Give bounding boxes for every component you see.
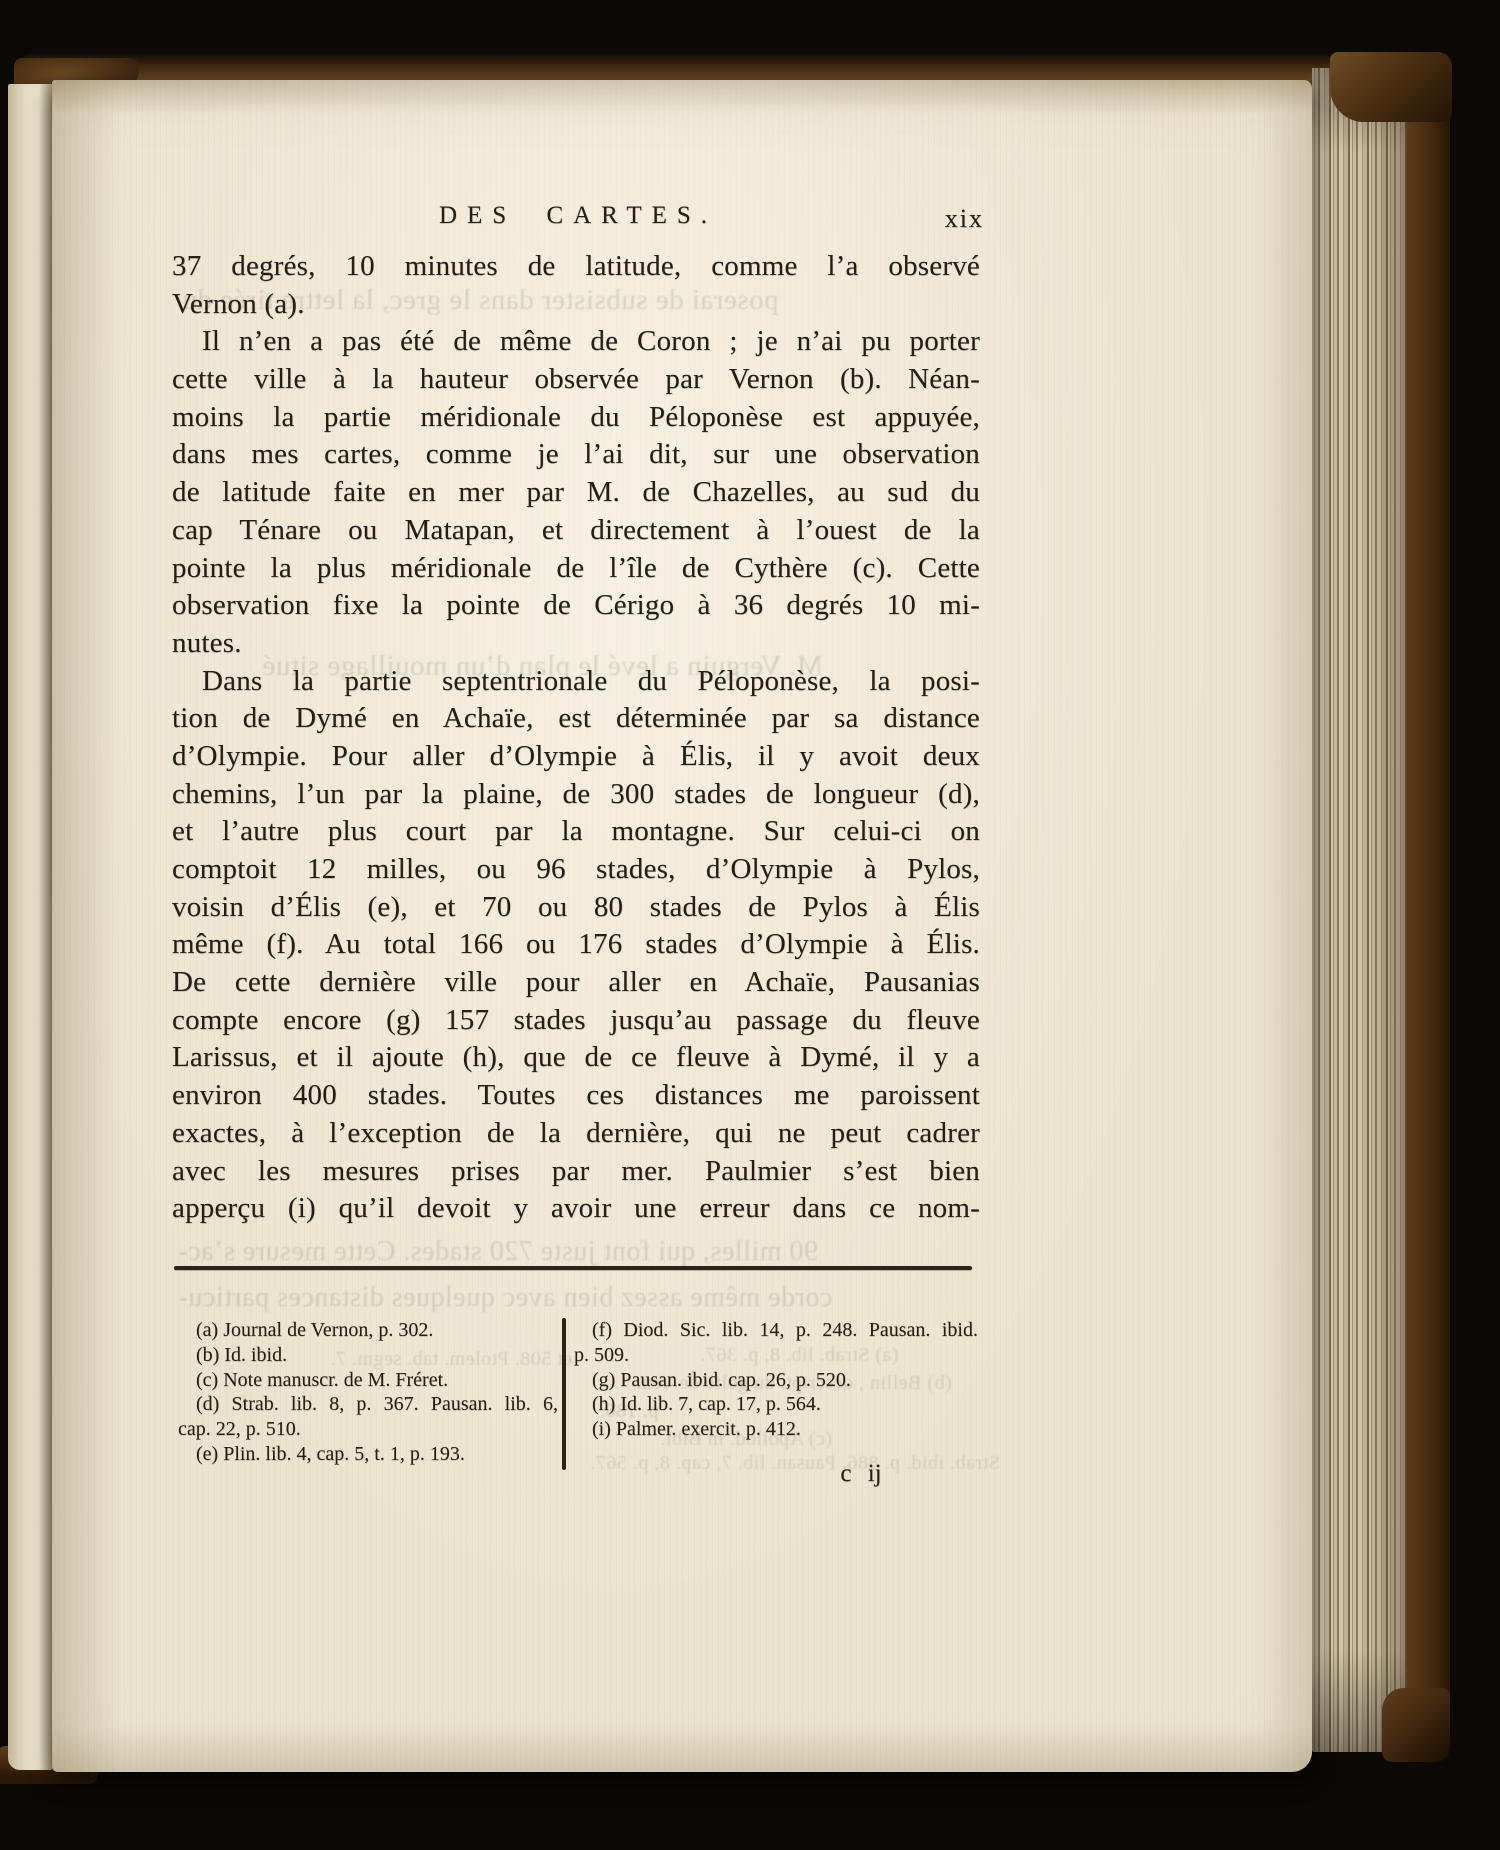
signature-mark: c ij [826,1460,896,1488]
text-line: environ 400 stades. Toutes ces distances… [172,1077,980,1115]
footnote-line: (d) Strab. lib. 8, p. 367. Pausan. lib. … [178,1392,558,1417]
footnote-line: (g) Pausan. ibid. cap. 26, p. 520. [574,1368,978,1393]
text-line: nutes. [172,625,980,663]
show-through-text: Strab. ibid. p. 886. Pausan. lib. 7, cap… [590,1452,1000,1475]
text-line: avec les mesures prises par mer. Paulmie… [172,1153,980,1191]
body-text: 37 degrés, 10 minutes de latitude, comme… [172,248,980,1228]
show-through-text: 90 milles, qui font juste 720 stades. Ce… [178,1236,818,1268]
footnote-line: (i) Palmer. exercit. p. 412. [574,1417,978,1442]
text-line: pointe la plus méridionale de l’île de C… [172,550,980,588]
page-number: xix [945,204,984,234]
footnote-separator-rule [174,1266,972,1270]
footnote-line: (f) Diod. Sic. lib. 14, p. 248. Pausan. … [574,1318,978,1343]
text-line: Il n’en a pas été de même de Coron ; je … [172,323,980,361]
footnote-line: (a) Journal de Vernon, p. 302. [178,1318,558,1343]
text-line: tion de Dymé en Achaïe, est déterminée p… [172,700,980,738]
footnote-line: (e) Plin. lib. 4, cap. 5, t. 1, p. 193. [178,1442,558,1467]
footnote-line: cap. 22, p. 510. [178,1417,558,1442]
text-line: cette ville à la hauteur observée par Ve… [172,361,980,399]
text-line: apperçu (i) qu’il devoit y avoir une err… [172,1190,980,1228]
footnotes-left-column: (a) Journal de Vernon, p. 302.(b) Id. ib… [178,1318,558,1467]
text-line: de latitude faite en mer par M. de Chaze… [172,474,980,512]
text-line: Vernon (a). [172,286,980,324]
footnote-column-rule [562,1318,566,1470]
text-line: d’Olympie. Pour aller d’Olympie à Élis, … [172,738,980,776]
text-line: moins la partie méridionale du Péloponès… [172,399,980,437]
show-through-text: corde même assez bien avec quelques dist… [178,1282,832,1314]
text-line: chemins, l’un par la plaine, de 300 stad… [172,776,980,814]
text-line: même (f). Au total 166 ou 176 stades d’O… [172,926,980,964]
text-line: Larissus, et il ajoute (h), que de ce fl… [172,1039,980,1077]
footnote-line: (b) Id. ibid. [178,1343,558,1368]
text-line: Dans la partie septentrionale du Pélopon… [172,663,980,701]
text-line: voisin d’Élis (e), et 70 ou 80 stades de… [172,889,980,927]
page-header: DES CARTES. xix [172,202,984,238]
text-line: exactes, à l’exception de la dernière, q… [172,1115,980,1153]
footnote-line: (c) Note manuscr. de M. Fréret. [178,1368,558,1393]
footnote-line: (h) Id. lib. 7, cap. 17, p. 564. [574,1392,978,1417]
text-line: comptoit 12 milles, ou 96 stades, d’Olym… [172,851,980,889]
running-title: DES CARTES. [439,202,717,230]
footnote-line: p. 509. [574,1343,978,1368]
text-line: observation fixe la pointe de Cérigo à 3… [172,587,980,625]
photo-background: poserai de subsister dans le grec, la le… [0,0,1500,1850]
text-line: et l’autre plus court par la montagne. S… [172,813,980,851]
text-line: cap Ténare ou Matapan, et directement à … [172,512,980,550]
text-line: De cette dernière ville pour aller en Ac… [172,964,980,1002]
footnotes-right-column: (f) Diod. Sic. lib. 14, p. 248. Pausan. … [574,1318,978,1442]
text-line: 37 degrés, 10 minutes de latitude, comme… [172,248,980,286]
text-line: compte encore (g) 157 stades jusqu’au pa… [172,1002,980,1040]
text-line: dans mes cartes, comme je l’ai dit, sur … [172,436,980,474]
printed-content: poserai de subsister dans le grec, la le… [0,0,1500,1850]
